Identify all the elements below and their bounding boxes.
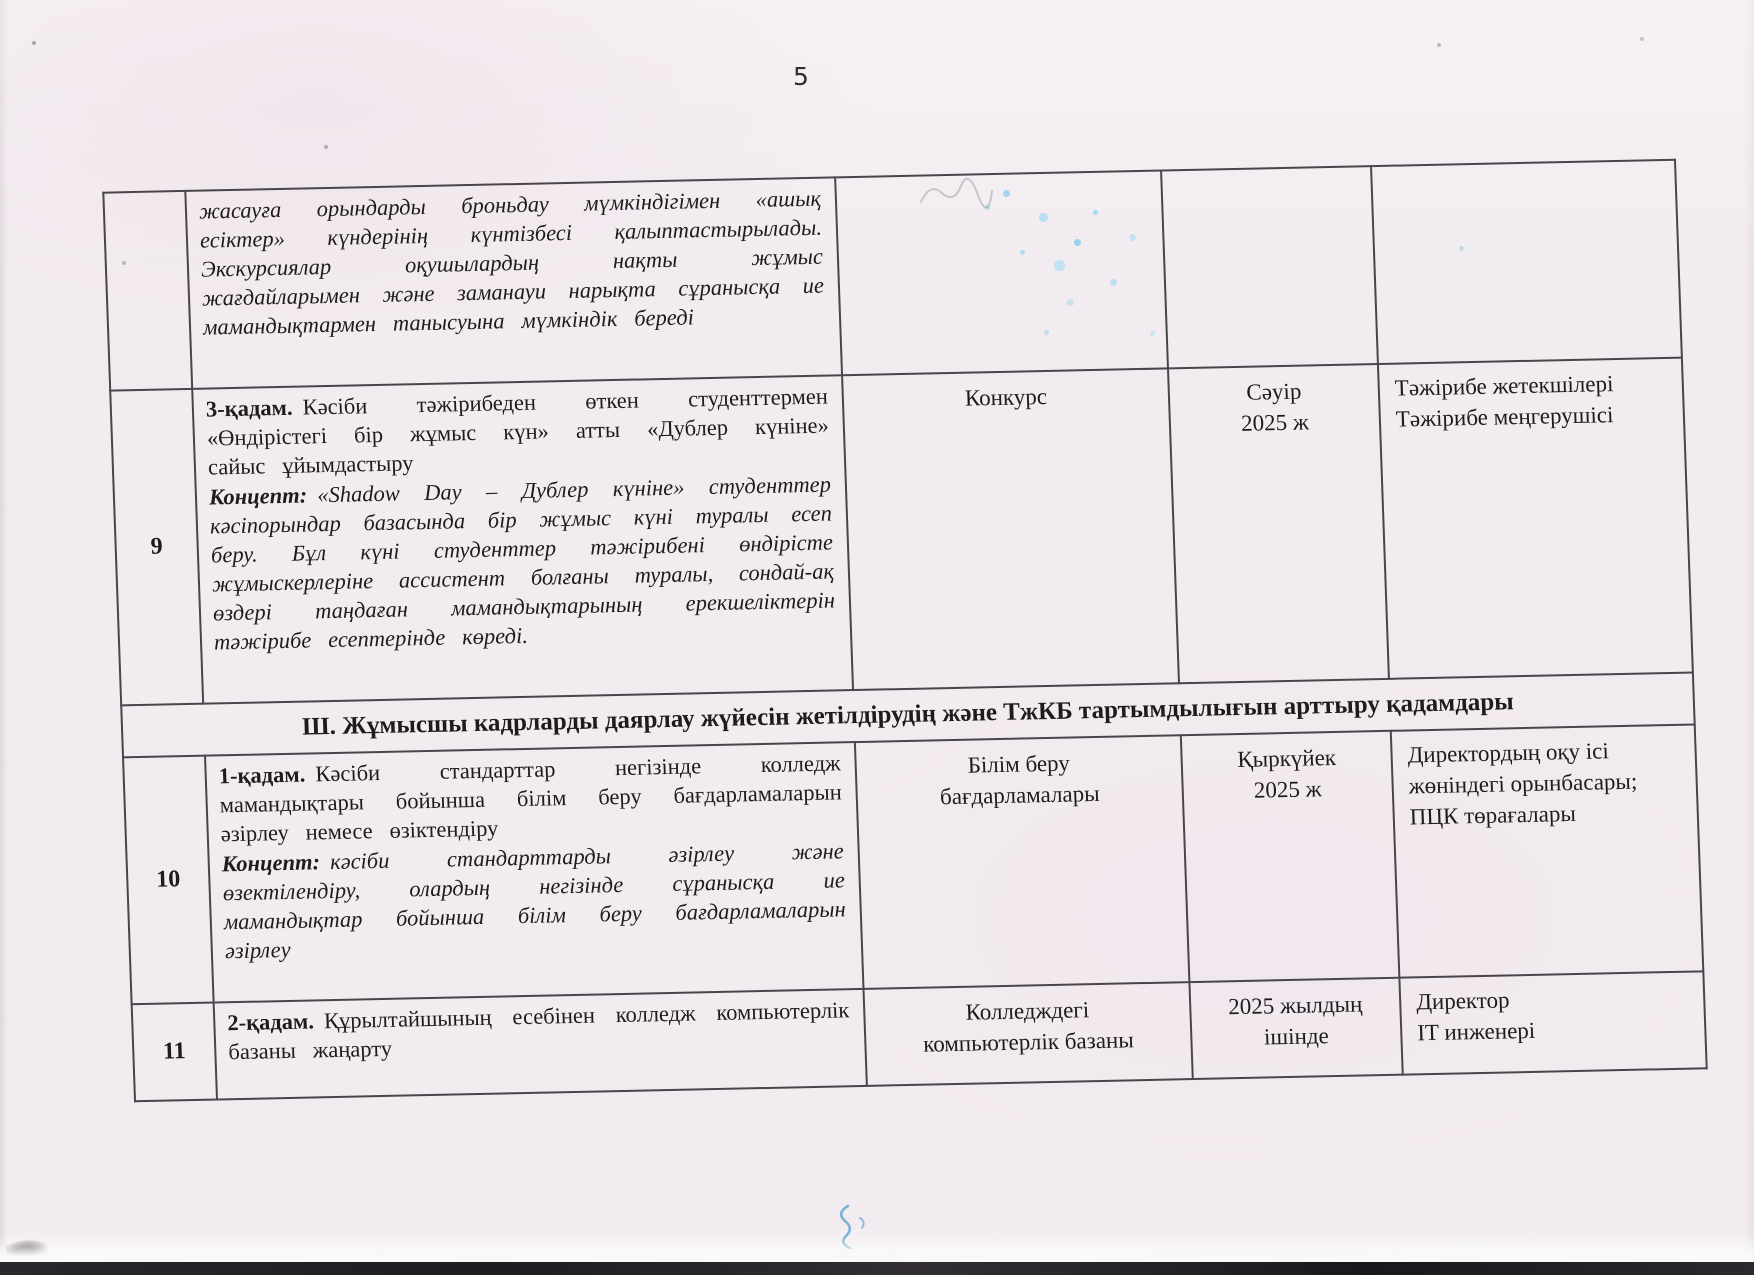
continuation-text: жасауға орындарды броньдау мүмкіндігімен… [198,184,825,342]
step-label: 2-қадам. [227,1008,314,1035]
responsible-cell [1371,160,1682,364]
date-cell: Сәуір 2025 ж [1168,364,1389,683]
responsible-cell: Директордың оқу ісі жөніндегі орынбасары… [1391,724,1704,977]
row-number-cell: 9 [110,389,203,706]
step-label: 3-қадам. [205,395,292,422]
plan-table: жасауға орындарды броньдау мүмкіндігімен… [102,159,1707,1102]
scanner-edge-band [0,1262,1754,1275]
concept-label: Концепт: [209,482,308,509]
responsible-cell: Директор IT инженері [1399,971,1706,1074]
description-cell: 1-қадам.Кәсіби стандарттар негізінде кол… [205,742,863,1002]
blue-ink-speckles [0,0,3,3]
page-number: 5 [793,62,809,91]
step-label: 1-қадам. [218,762,305,789]
concept-paragraph: Концепт:«Shadow Day – Дублер күніне» сту… [208,470,836,657]
row-number-cell: 10 [123,756,214,1005]
form-cell: Білім беру бағдарламалары [855,735,1190,989]
pencil-scratch-mark [915,168,1035,218]
table-row-9: 9 3-қадам.Кәсіби тәжірибеден өткен студе… [110,358,1693,706]
form-cell: Конкурс [842,368,1179,690]
paper-bottom-edge [0,1236,1754,1262]
description-cell: 2-қадам.Құрылтайшының есебінен колледж к… [214,989,867,1100]
concept-label: Концепт: [221,849,320,876]
description-cell: жасауға орындарды броньдау мүмкіндігімен… [185,177,842,389]
table-row-10: 10 1-қадам.Кәсіби стандарттар негізінде … [123,724,1703,1004]
description-cell: 3-қадам.Кәсіби тәжірибеден өткен студент… [192,375,853,703]
row-number-cell: 11 [132,1003,217,1102]
step-text: Кәсіби тәжірибеден өткен студенттермен «… [206,384,829,480]
date-cell: 2025 жылдың ішінде [1189,978,1402,1079]
date-cell: Қыркүйек 2025 ж [1181,731,1400,982]
form-cell: Колледждегі компьютерлік базаны [863,982,1192,1086]
step-paragraph: 1-қадам.Кәсіби стандарттар негізінде кол… [218,748,843,848]
date-cell [1161,166,1378,368]
step-text: Кәсіби стандарттар негізінде колледж мам… [219,750,842,846]
scanned-page: { "page": { "number": "5" }, "table": { … [0,0,1754,1275]
step-text: Құрылтайшының есебінен колледж компьютер… [228,997,850,1064]
row-number-cell [103,191,192,391]
responsible-cell: Тәжірибе жетекшілері Тәжірибе меңгерушіс… [1378,358,1693,679]
step-paragraph: 2-қадам.Құрылтайшының есебінен колледж к… [227,995,851,1066]
plan-table-wrapper: жасауға орындарды броньдау мүмкіндігімен… [102,159,1705,1102]
concept-paragraph: Концепт:кәсіби стандарттарды әзірлеу жән… [221,836,847,965]
dust-specks [0,0,2,2]
table-row-continuation: жасауға орындарды броньдау мүмкіндігімен… [103,160,1682,391]
step-paragraph: 3-қадам.Кәсіби тәжірибеден өткен студент… [205,382,830,482]
